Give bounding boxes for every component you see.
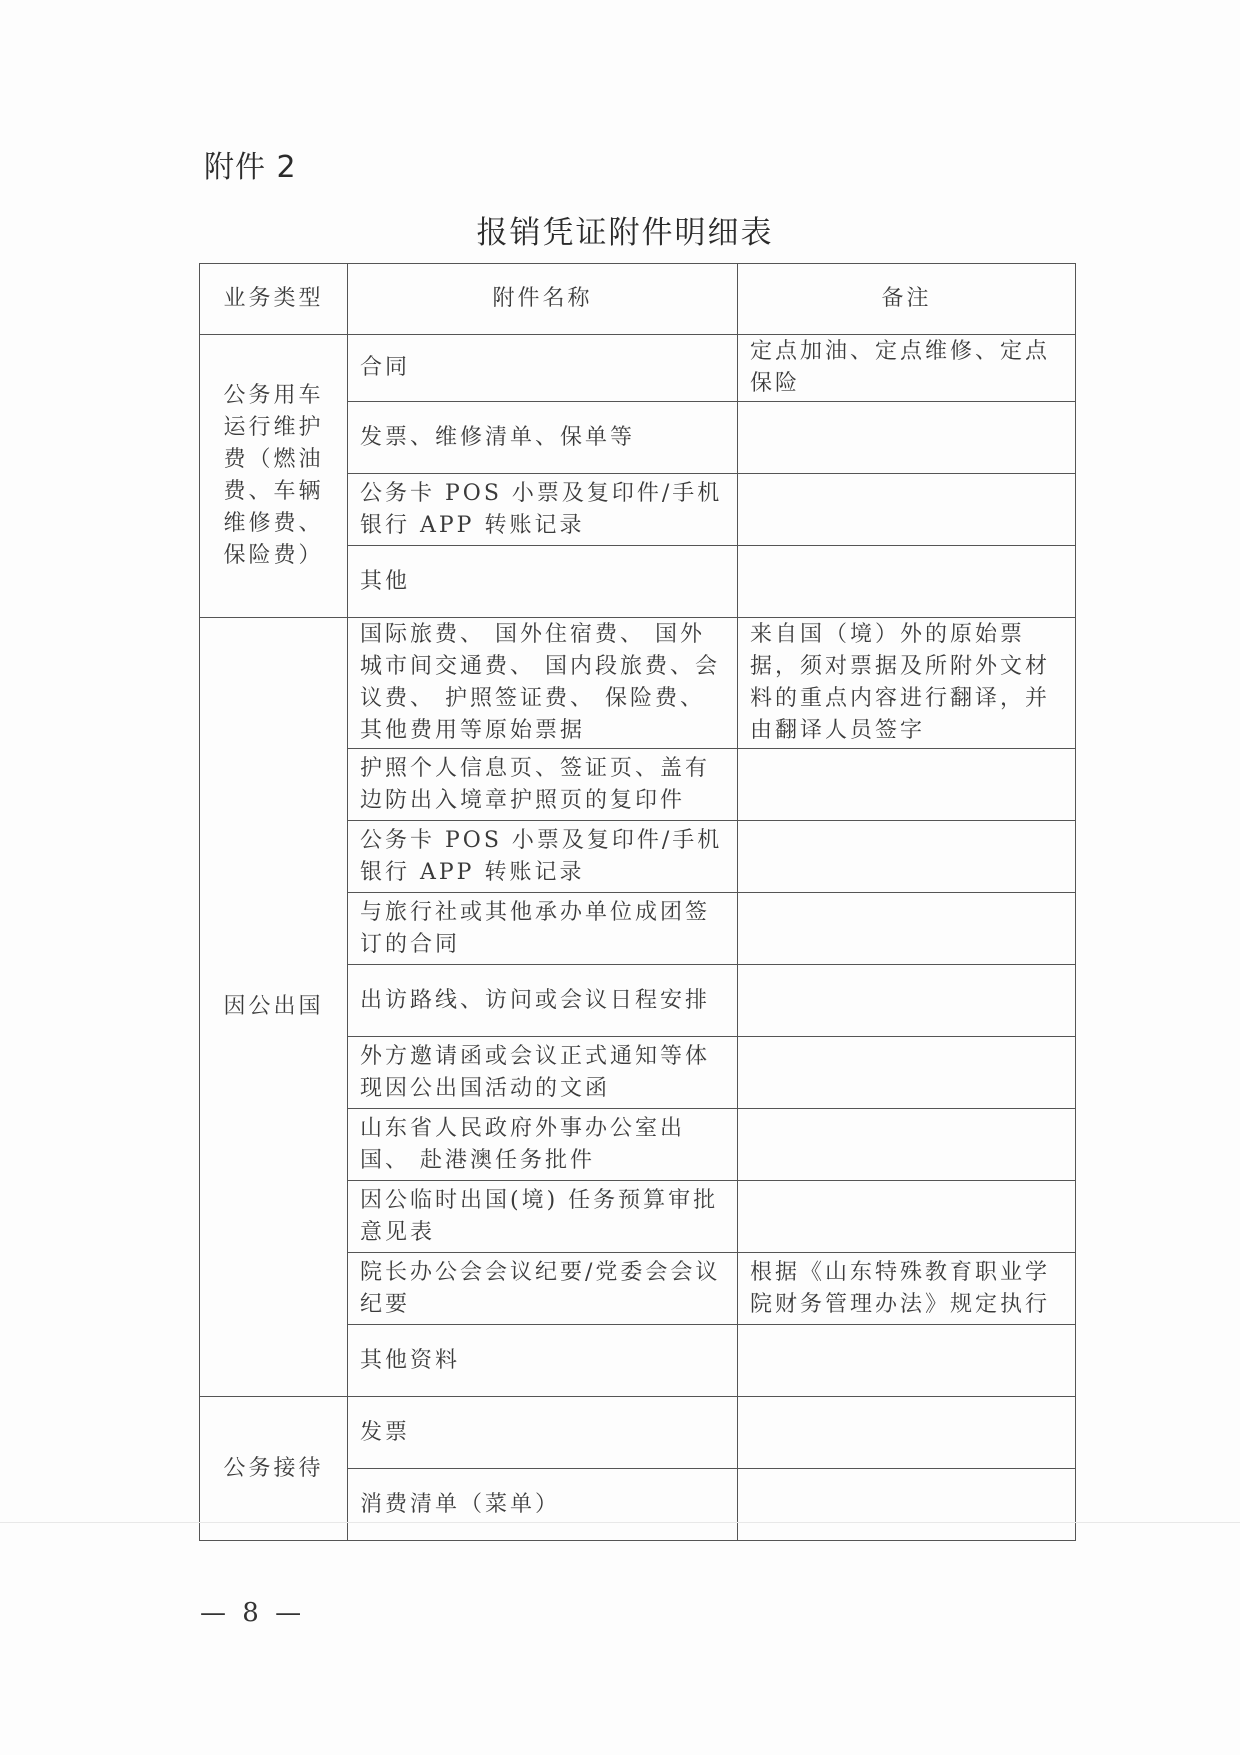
remark-cell	[738, 1469, 1076, 1541]
attachment-name-cell: 公务卡 POS 小票及复印件/手机银行 APP 转账记录	[348, 474, 738, 546]
remark-cell	[738, 965, 1076, 1037]
attachment-name-cell: 发票、维修清单、保单等	[348, 402, 738, 474]
table-header-row: 业务类型 附件名称 备注	[200, 264, 1076, 335]
attachment-name-cell: 与旅行社或其他承办单位成团签订的合同	[348, 893, 738, 965]
reimbursement-attachment-table: 业务类型 附件名称 备注 公务用车运行维护费（燃油费、车辆维修费、保险费） 合同…	[199, 263, 1076, 1541]
attachment-name-cell: 外方邀请函或会议正式通知等体现因公出国活动的文函	[348, 1037, 738, 1109]
remark-cell: 来自国（境）外的原始票据，须对票据及所附外文材料的重点内容进行翻译，并由翻译人员…	[738, 618, 1076, 749]
remark-cell: 定点加油、定点维修、定点保险	[738, 335, 1076, 402]
table-row: 因公出国 国际旅费、 国外住宿费、 国外城市间交通费、 国内段旅费、会议费、 护…	[200, 618, 1076, 749]
attachment-name-cell: 国际旅费、 国外住宿费、 国外城市间交通费、 国内段旅费、会议费、 护照签证费、…	[348, 618, 738, 749]
attachment-name-cell: 发票	[348, 1397, 738, 1469]
attachment-name-cell: 因公临时出国(境) 任务预算审批意见表	[348, 1181, 738, 1253]
attachment-name-cell: 院长办公会会议纪要/党委会会议纪要	[348, 1253, 738, 1325]
attachment-name-cell: 其他	[348, 546, 738, 618]
attachment-name-cell: 山东省人民政府外事办公室出国、 赴港澳任务批件	[348, 1109, 738, 1181]
scan-artifact-line	[0, 1522, 1240, 1523]
attachment-name-cell: 消费清单（菜单）	[348, 1469, 738, 1541]
page-number: — 8 —	[200, 1598, 305, 1628]
remark-cell: 根据《山东特殊教育职业学院财务管理办法》规定执行	[738, 1253, 1076, 1325]
remark-cell	[738, 546, 1076, 618]
category-cell: 公务接待	[200, 1397, 348, 1541]
category-cell: 因公出国	[200, 618, 348, 1397]
table-row: 公务用车运行维护费（燃油费、车辆维修费、保险费） 合同 定点加油、定点维修、定点…	[200, 335, 1076, 402]
attachment-name-cell: 公务卡 POS 小票及复印件/手机银行 APP 转账记录	[348, 821, 738, 893]
remark-cell	[738, 821, 1076, 893]
remark-cell	[738, 402, 1076, 474]
remark-cell	[738, 893, 1076, 965]
remark-cell	[738, 1397, 1076, 1469]
remark-cell	[738, 749, 1076, 821]
category-cell: 公务用车运行维护费（燃油费、车辆维修费、保险费）	[200, 335, 348, 618]
attachment-label: 附件 2	[204, 142, 297, 186]
header-remarks: 备注	[738, 264, 1076, 335]
remark-cell	[738, 1037, 1076, 1109]
attachment-name-cell: 其他资料	[348, 1325, 738, 1397]
attachment-name-cell: 护照个人信息页、签证页、盖有边防出入境章护照页的复印件	[348, 749, 738, 821]
attachment-name-cell: 合同	[348, 335, 738, 402]
header-attachment-name: 附件名称	[348, 264, 738, 335]
remark-cell	[738, 1325, 1076, 1397]
attachment-name-cell: 出访路线、访问或会议日程安排	[348, 965, 738, 1037]
table-row: 公务接待 发票	[200, 1397, 1076, 1469]
remark-cell	[738, 1181, 1076, 1253]
remark-cell	[738, 474, 1076, 546]
header-business-type: 业务类型	[200, 264, 348, 335]
remark-cell	[738, 1109, 1076, 1181]
document-title: 报销凭证附件明细表	[0, 207, 1240, 252]
